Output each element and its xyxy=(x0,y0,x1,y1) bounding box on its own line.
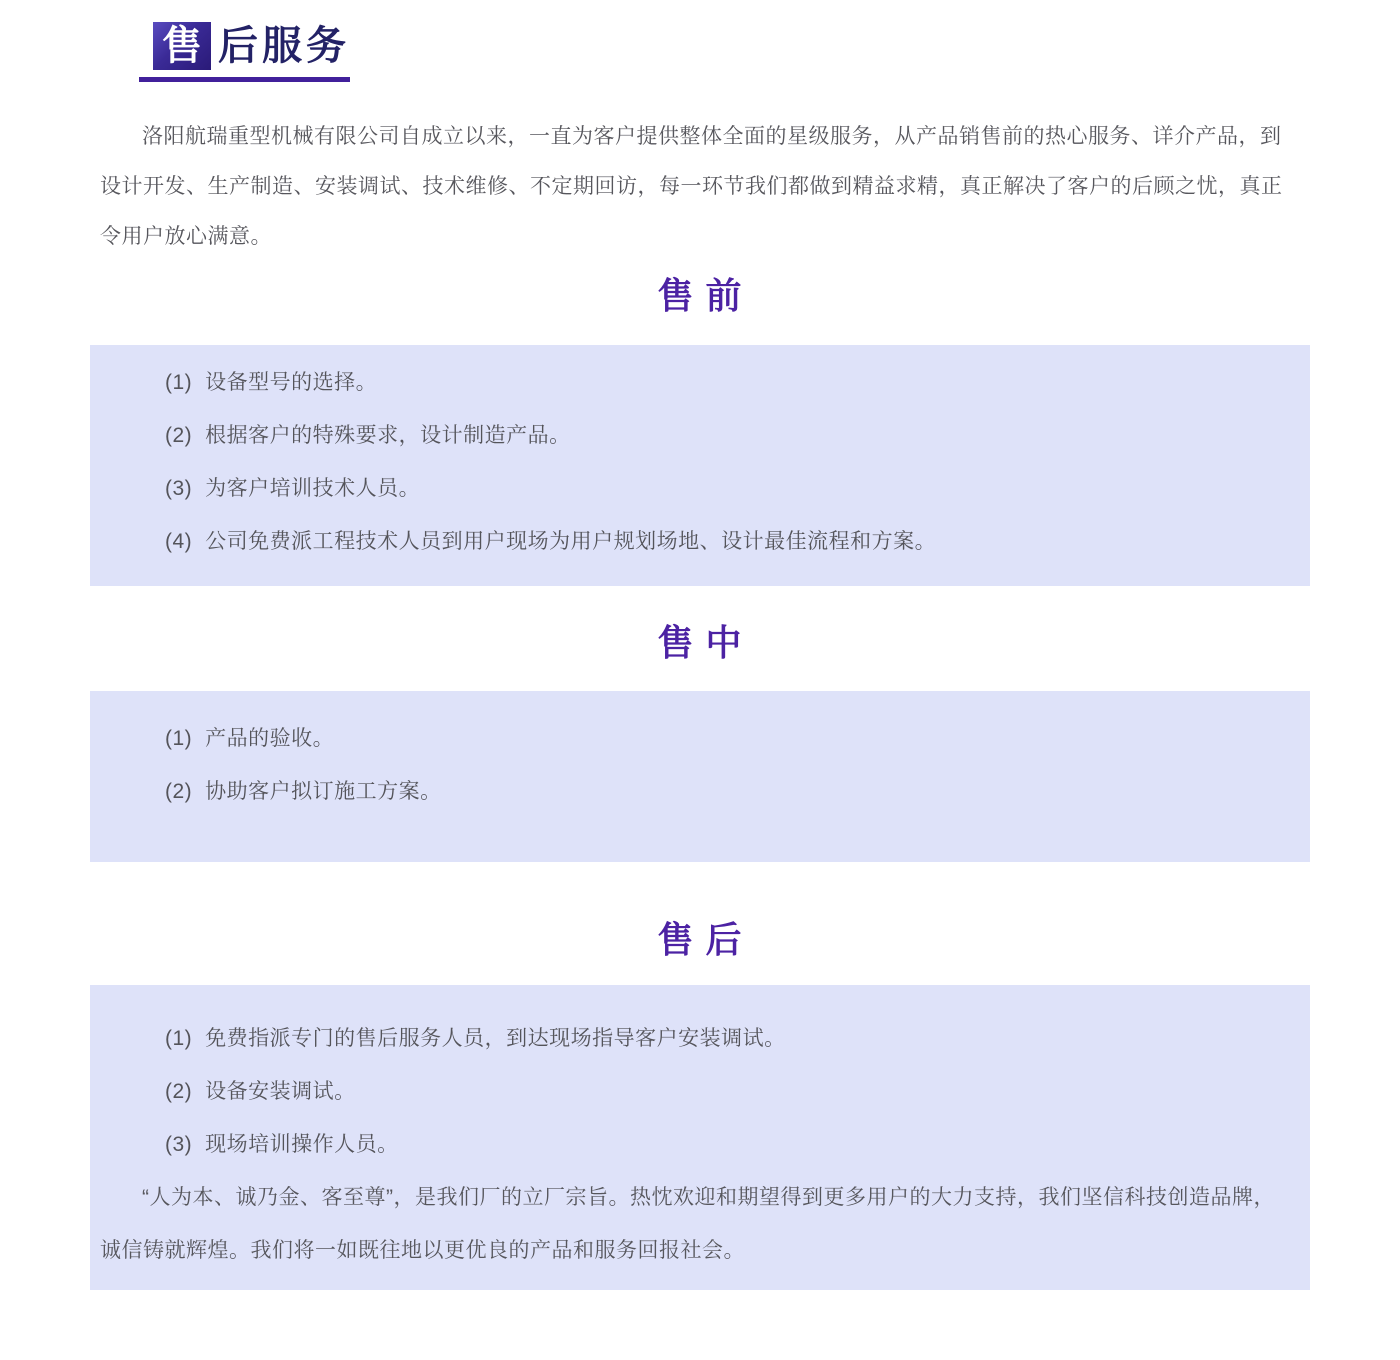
list-item: (4) 公司免费派工程技术人员到用户现场为用户规划场地、设计最佳流程和方案。 xyxy=(165,515,1270,568)
item-text: 现场培训操作人员。 xyxy=(205,1118,399,1171)
item-text: 根据客户的特殊要求，设计制造产品。 xyxy=(205,409,571,462)
item-number: (3) xyxy=(165,1118,192,1171)
list-item: (1) 设备型号的选择。 xyxy=(165,356,1270,409)
after-sales-service-page: 售 后服务 洛阳航瑞重型机械有限公司自成立以来，一直为客户提供整体全面的星级服务… xyxy=(0,0,1400,1360)
item-number: (1) xyxy=(165,712,192,765)
list-item: (2) 设备安装调试。 xyxy=(165,1065,1270,1118)
item-text: 免费指派专门的售后服务人员，到达现场指导客户安装调试。 xyxy=(205,1012,786,1065)
list-item: (1) 产品的验收。 xyxy=(165,712,1270,765)
aftersale-item-list: (1) 免费指派专门的售后服务人员，到达现场指导客户安装调试。 (2) 设备安装… xyxy=(90,1012,1310,1171)
item-number: (1) xyxy=(165,356,192,409)
title-underline xyxy=(139,77,350,82)
closing-paragraph: “人为本、诚乃金、客至尊”，是我们厂的立厂宗旨。热忱欢迎和期望得到更多用户的大力… xyxy=(90,1171,1310,1277)
midsale-item-list: (1) 产品的验收。 (2) 协助客户拟订施工方案。 xyxy=(90,712,1310,818)
item-number: (1) xyxy=(165,1012,192,1065)
item-number: (2) xyxy=(165,409,192,462)
item-text: 设备型号的选择。 xyxy=(205,356,377,409)
title-text: 后服务 xyxy=(218,22,350,70)
item-number: (2) xyxy=(165,765,192,818)
item-text: 产品的验收。 xyxy=(205,712,334,765)
section-heading-presale: 售 前 xyxy=(0,274,1400,318)
item-text: 为客户培训技术人员。 xyxy=(205,462,420,515)
page-title-row: 售 后服务 xyxy=(139,22,350,70)
title-highlight-char: 售 xyxy=(153,22,211,70)
list-item: (1) 免费指派专门的售后服务人员，到达现场指导客户安装调试。 xyxy=(165,1012,1270,1065)
item-text: 设备安装调试。 xyxy=(205,1065,356,1118)
item-number: (4) xyxy=(165,515,192,568)
section-heading-midsale: 售 中 xyxy=(0,621,1400,665)
panel-midsale: (1) 产品的验收。 (2) 协助客户拟订施工方案。 xyxy=(90,691,1310,862)
section-heading-aftersale: 售 后 xyxy=(0,918,1400,962)
intro-paragraph: 洛阳航瑞重型机械有限公司自成立以来，一直为客户提供整体全面的星级服务，从产品销售… xyxy=(100,112,1300,262)
item-text: 公司免费派工程技术人员到用户现场为用户规划场地、设计最佳流程和方案。 xyxy=(205,515,936,568)
panel-aftersale: (1) 免费指派专门的售后服务人员，到达现场指导客户安装调试。 (2) 设备安装… xyxy=(90,985,1310,1290)
item-text: 协助客户拟订施工方案。 xyxy=(205,765,442,818)
list-item: (3) 现场培训操作人员。 xyxy=(165,1118,1270,1171)
item-number: (3) xyxy=(165,462,192,515)
list-item: (2) 协助客户拟订施工方案。 xyxy=(165,765,1270,818)
item-number: (2) xyxy=(165,1065,192,1118)
presale-item-list: (1) 设备型号的选择。 (2) 根据客户的特殊要求，设计制造产品。 (3) 为… xyxy=(90,356,1310,568)
list-item: (3) 为客户培训技术人员。 xyxy=(165,462,1270,515)
panel-presale: (1) 设备型号的选择。 (2) 根据客户的特殊要求，设计制造产品。 (3) 为… xyxy=(90,345,1310,586)
list-item: (2) 根据客户的特殊要求，设计制造产品。 xyxy=(165,409,1270,462)
page-title: 售 后服务 xyxy=(139,22,350,82)
